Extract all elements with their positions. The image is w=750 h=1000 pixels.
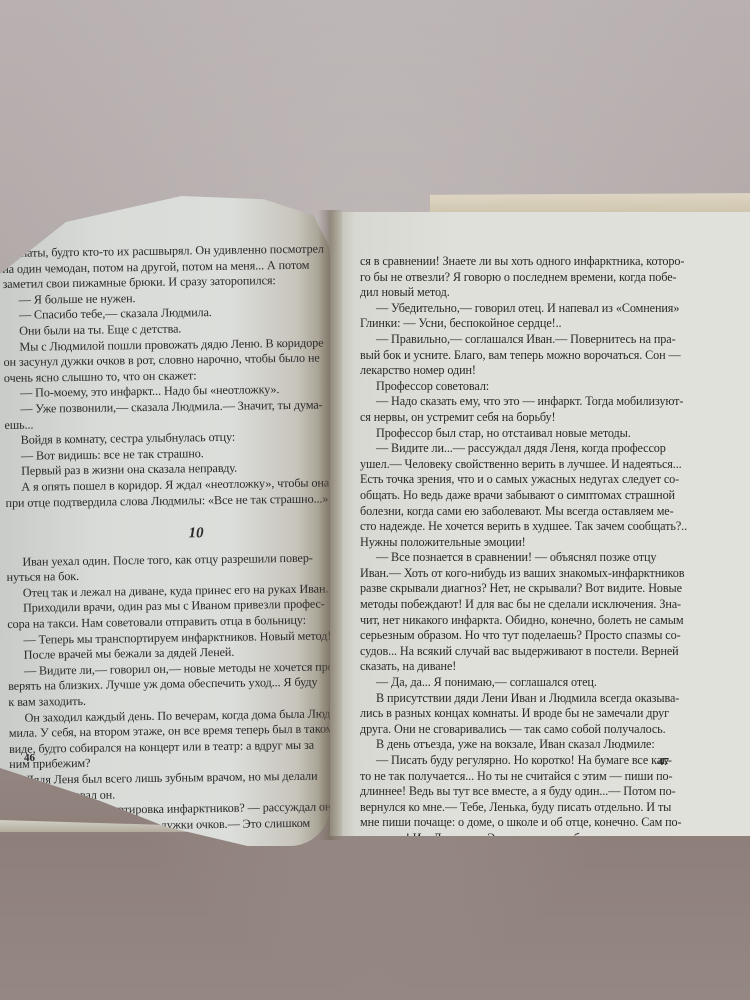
text-line: Профессор был стар, но отстаивал новые м… — [360, 426, 735, 442]
text-line: то не так получается... Но ты не считайс… — [360, 769, 735, 785]
text-line: ушел.— Человеку свойственно верить в луч… — [360, 457, 735, 473]
text-line: В присутствии дяди Лени Иван и Людмила в… — [360, 691, 735, 707]
text-line: — Да, да... Я понимаю,— соглашался отец. — [360, 675, 735, 691]
text-line: ся в сравнении! Знаете ли вы хоть одного… — [360, 254, 735, 270]
text-line: В день отъезда, уже на вокзале, Иван ска… — [360, 737, 735, 753]
left-page: комнаты, будто кто-то их расшвырял. Он у… — [0, 196, 330, 846]
text-line: друга. Они не сговаривались — так само с… — [360, 722, 735, 738]
text-line: сказать, на диване! — [360, 659, 735, 675]
left-page-text: комнаты, будто кто-то их расшвырял. Он у… — [2, 242, 330, 846]
text-line: Нужны положительные эмоции! — [360, 535, 735, 551]
text-line: Глинки: — Усни, беспокойное сердце!.. — [360, 316, 735, 332]
text-line: — Надо сказать ему, что это — инфаркт. Т… — [360, 394, 735, 410]
book-gutter — [318, 210, 342, 840]
page-number-left: 46 — [24, 752, 35, 764]
text-line: мне пиши почаще: о доме, о школе и об от… — [360, 815, 735, 831]
text-line: го бы не отвезли? Я говорю о последнем в… — [360, 270, 735, 286]
text-line: сто надежде. Не хочется верить в худшее.… — [360, 519, 735, 535]
text-line: болезни, когда сами ею заболевают. Мы вс… — [360, 504, 735, 520]
text-line: Профессор советовал: — [360, 379, 735, 395]
text-line: нимаешь! И о Людмиле. Это все меня особе… — [360, 831, 735, 836]
text-line: судов... На всякий случай вас выдерживаю… — [360, 644, 735, 660]
text-line: — Все познается в сравнении! — объяснял … — [360, 550, 735, 566]
text-line: лись в разных концах комнаты. И вроде бы… — [360, 706, 735, 722]
chapter-number: 10 — [66, 525, 326, 544]
text-line: — Убедительно,— говорил отец. И напевал … — [360, 301, 735, 317]
text-line: вернулся ко мне.— Тебе, Ленька, буду пис… — [360, 800, 735, 816]
text-line: чит, нет никакого инфаркта. Обидно, коне… — [360, 613, 735, 629]
text-line: разве скрывали диагноз? Нет, не скрывали… — [360, 581, 735, 597]
text-line: серьезным образом. Но что тут поделаешь?… — [360, 628, 735, 644]
text-line: Есть точка зрения, что и о самых ужасных… — [360, 472, 735, 488]
text-line: — Правильно,— соглашался Иван.— Повернит… — [360, 332, 735, 348]
page-number-right: 47 — [658, 756, 669, 768]
text-line: ся нервы, он устремит себя на борьбу! — [360, 410, 735, 426]
text-line: Иван.— Хоть от кого-нибудь из ваших знак… — [360, 566, 735, 582]
left-page-text-before-chapter: комнаты, будто кто-то их расшвырял. Он у… — [2, 242, 326, 512]
text-line: — Писать буду регулярно. Но коротко! На … — [360, 753, 735, 769]
text-line: — Видите ли...— рассуждал дядя Леня, ког… — [360, 441, 735, 457]
text-line: длиннее! Ведь вы тут все вместе, а я буд… — [360, 784, 735, 800]
right-page-text: ся в сравнении! Знаете ли вы хоть одного… — [360, 254, 735, 836]
text-line: лекарство номер один! — [360, 363, 735, 379]
text-line: общать. Но ведь даже врачи забывают о си… — [360, 488, 735, 504]
right-page: ся в сравнении! Знаете ли вы хоть одного… — [330, 212, 750, 836]
text-line: вый бок и усните. Благо, вам теперь можн… — [360, 348, 735, 364]
text-line: методы побеждают! И для вас бы не сделал… — [360, 597, 735, 613]
text-line: дил новый метод. — [360, 285, 735, 301]
